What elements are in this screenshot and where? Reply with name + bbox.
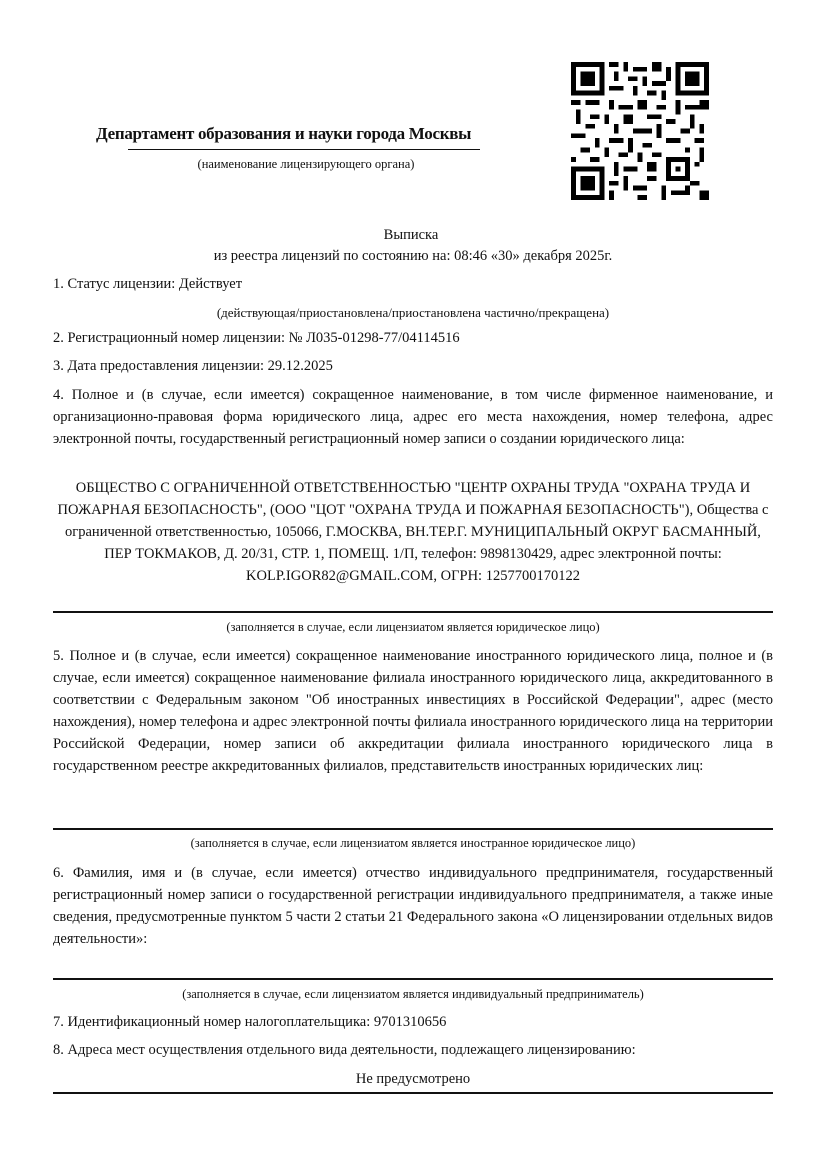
issue-date: 3. Дата предоставления лицензии: 29.12.2… (53, 358, 773, 375)
registration-number: 2. Регистрационный номер лицензии: № Л03… (53, 330, 773, 347)
activity-addresses-label: 8. Адреса мест осуществления отдельного … (53, 1042, 773, 1059)
activity-addresses-value: Не предусмотрено (53, 1071, 773, 1088)
entrepreneur-rule (53, 978, 773, 980)
foreign-entity-label: 5. Полное и (в случае, если имеется) сок… (53, 645, 773, 777)
document-title: Выписка (0, 227, 826, 244)
activity-addresses-rule (53, 1092, 773, 1094)
legal-entity-label: 4. Полное и (в случае, если имеется) сок… (53, 384, 773, 450)
entrepreneur-label: 6. Фамилия, имя и (в случае, если имеетс… (53, 862, 773, 950)
legal-entity-caption: (заполняется в случае, если лицензиатом … (53, 620, 773, 635)
legal-entity-value: ОБЩЕСТВО С ОГРАНИЧЕННОЙ ОТВЕТСТВЕННОСТЬЮ… (53, 477, 773, 587)
licensing-authority-caption: (наименование лицензирующего органа) (96, 157, 516, 172)
document-title-text: Выписка (384, 227, 439, 243)
license-status-caption: (действующая/приостановлена/приостановле… (53, 305, 773, 321)
qr-code-icon (571, 62, 709, 200)
authority-underline (128, 149, 480, 150)
foreign-entity-rule (53, 828, 773, 830)
licensing-authority-name: Департамент образования и науки города М… (96, 124, 516, 144)
entrepreneur-caption: (заполняется в случае, если лицензиатом … (53, 987, 773, 1002)
license-status: 1. Статус лицензии: Действует (53, 276, 773, 293)
document-subtitle: из реестра лицензий по состоянию на: 08:… (0, 248, 826, 265)
taxpayer-id: 7. Идентификационный номер налогоплатель… (53, 1014, 773, 1031)
legal-entity-rule (53, 611, 773, 613)
foreign-entity-caption: (заполняется в случае, если лицензиатом … (53, 836, 773, 851)
license-extract-page: Департамент образования и науки города М… (0, 0, 826, 1169)
